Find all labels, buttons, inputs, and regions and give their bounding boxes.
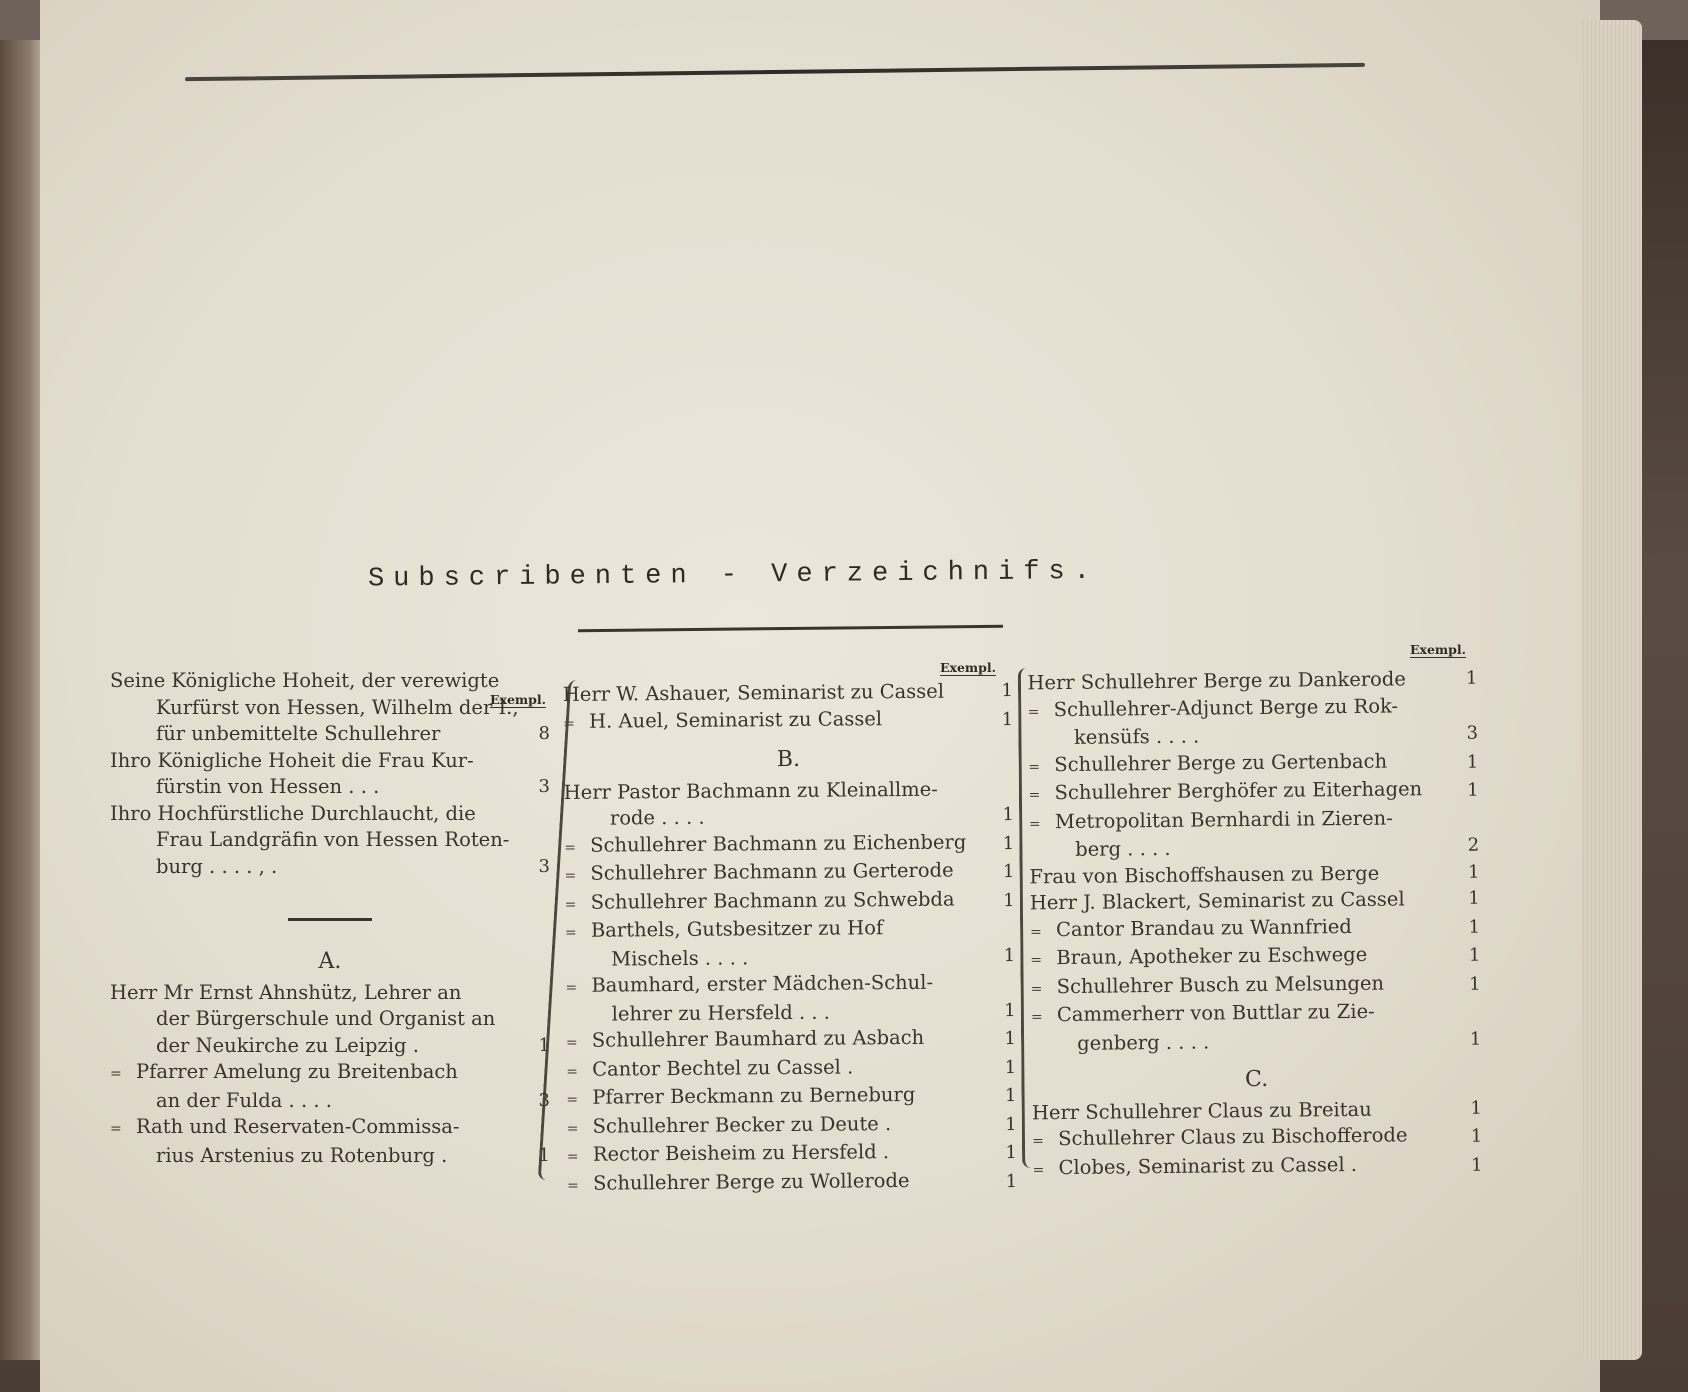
copy-count: 1 xyxy=(1454,914,1480,941)
ditto-mark: = xyxy=(1031,976,1057,1003)
subscriber-text: Kurfürst von Hessen, Wilhelm der I., xyxy=(156,696,519,719)
subscriber-text: fürstin von Hessen . . . xyxy=(156,775,379,798)
subscriber-text: Schullehrer-Adjunct Berge zu Rok- xyxy=(1054,694,1399,721)
subscriber-text: Rector Beisheim zu Hersfeld . xyxy=(593,1140,889,1166)
subscriber-text: Seine Königliche Hoheit, der verewigte xyxy=(110,669,499,692)
subscriber-text: Rath und Reservaten-Commissa- xyxy=(136,1115,460,1138)
subscriber-entry: =Schullehrer Becker zu Deute .1 xyxy=(567,1110,1017,1142)
subscriber-text: Ihro Hochfürstliche Durchlaucht, die xyxy=(110,802,476,825)
subscriber-entry: =Schullehrer-Adjunct Berge zu Rok-kensüf… xyxy=(1028,692,1479,752)
subscriber-text: Frau von Bischoffshausen zu Berge xyxy=(1029,861,1379,888)
ditto-mark: = xyxy=(1030,947,1056,974)
subscriber-text: rius Arstenius zu Rotenburg . xyxy=(156,1144,447,1167)
subscriber-text: Schullehrer Claus zu Bischofferode xyxy=(1058,1123,1407,1150)
copy-count: 1 xyxy=(1455,971,1481,998)
subscriber-entry: =Pfarrer Amelung zu Breitenbachan der Fu… xyxy=(110,1059,550,1114)
column-2: Herr W. Ashauer, Seminarist zu Cassel1=H… xyxy=(563,678,1017,1199)
ditto-mark: = xyxy=(1029,811,1055,838)
subscriber-entry: =Cammerherr von Buttlar zu Zie-genberg .… xyxy=(1031,998,1482,1058)
subscriber-text: kensüfs . . . . xyxy=(1074,725,1200,749)
subscriber-entry: Herr W. Ashauer, Seminarist zu Cassel1 xyxy=(563,678,1013,708)
ditto-mark: = xyxy=(565,975,591,1002)
copy-count: 1 xyxy=(988,831,1014,858)
subscriber-text: an der Fulda . . . . xyxy=(156,1089,332,1112)
subscriber-entry: =Schullehrer Baumhard zu Asbach1 xyxy=(566,1024,1016,1056)
copy-count: 3 xyxy=(1452,721,1478,748)
copy-count: 3 xyxy=(524,1088,550,1115)
subscriber-text: burg . . . . , . xyxy=(156,855,277,878)
copy-count: 1 xyxy=(990,998,1016,1025)
subscriber-entry: =Baumhard, erster Mädchen-Schul-lehrer z… xyxy=(565,969,1015,1028)
subscriber-entry: =Rector Beisheim zu Hersfeld .1 xyxy=(567,1138,1017,1170)
section-letter: B. xyxy=(563,745,1013,775)
subscriber-entry: =Pfarrer Beckmann zu Berneburg1 xyxy=(566,1081,1016,1113)
copy-count: 1 xyxy=(990,1026,1016,1053)
subscriber-text: Herr Mr Ernst Ahnshütz, Lehrer an xyxy=(110,981,461,1004)
copy-count: 1 xyxy=(1453,859,1479,886)
copy-count: 1 xyxy=(990,1083,1016,1110)
subscriber-text: Schullehrer Berge zu Gertenbach xyxy=(1054,749,1387,775)
ditto-mark: = xyxy=(567,1172,593,1199)
copy-count: 1 xyxy=(991,1169,1017,1196)
ditto-mark: = xyxy=(563,710,589,737)
copy-count: 1 xyxy=(1452,778,1478,805)
subscriber-text: Herr W. Ashauer, Seminarist zu Cassel xyxy=(563,680,944,706)
copy-count: 1 xyxy=(991,1112,1017,1139)
copy-count: 1 xyxy=(1454,886,1480,913)
ditto-mark: = xyxy=(1032,1128,1058,1155)
column-3: Herr Schullehrer Berge zu Dankerode1=Sch… xyxy=(1027,666,1482,1184)
ditto-mark: = xyxy=(110,1116,136,1143)
copy-count: 1 xyxy=(524,1033,550,1060)
section-letter: A. xyxy=(110,949,550,976)
subscriber-text: Schullehrer Becker zu Deute . xyxy=(593,1112,892,1138)
ditto-mark: = xyxy=(1028,754,1054,781)
subscriber-text: Pfarrer Beckmann zu Berneburg xyxy=(592,1083,915,1109)
copy-count: 1 xyxy=(990,1055,1016,1082)
copy-count: 1 xyxy=(987,678,1013,705)
subscriber-text: genberg . . . . xyxy=(1077,1030,1209,1054)
subscriber-text: Schullehrer Berge zu Wollerode xyxy=(593,1168,910,1194)
subscriber-text: Schullehrer Bachmann zu Eichenberg xyxy=(590,830,966,856)
copy-count: 1 xyxy=(987,707,1013,734)
ditto-mark: = xyxy=(1028,782,1054,809)
subscriber-text: Barthels, Gutsbesitzer zu Hof xyxy=(591,916,883,942)
copy-count: 1 xyxy=(524,1143,550,1170)
copy-count: 1 xyxy=(991,1140,1017,1167)
ditto-mark: = xyxy=(566,1058,592,1085)
subscriber-entry: Ihro Hochfürstliche Durchlaucht, dieFrau… xyxy=(110,801,550,881)
ditto-mark: = xyxy=(110,1061,136,1088)
subscriber-text: H. Auel, Seminarist zu Cassel xyxy=(589,707,882,733)
section-separator xyxy=(288,918,372,921)
ditto-mark: = xyxy=(565,891,591,918)
copy-count: 1 xyxy=(1454,943,1480,970)
subscriber-text: der Bürgerschule und Organist an xyxy=(156,1007,495,1030)
ditto-mark: = xyxy=(564,834,590,861)
ditto-mark: = xyxy=(567,1144,593,1171)
subscriber-text: Schullehrer Baumhard zu Asbach xyxy=(592,1026,924,1052)
copy-count: 1 xyxy=(988,802,1014,829)
subscriber-text: Herr Pastor Bachmann zu Kleinallme- xyxy=(564,777,938,803)
subscriber-entry: =Schullehrer Bachmann zu Eichenberg1 xyxy=(564,829,1014,861)
copy-count: 2 xyxy=(1453,833,1479,860)
section-letter: C. xyxy=(1032,1065,1482,1096)
subscriber-text: Pfarrer Amelung zu Breitenbach xyxy=(136,1060,458,1083)
ditto-mark: = xyxy=(566,1087,592,1114)
page-edges xyxy=(1582,20,1642,1360)
copy-count: 1 xyxy=(1452,749,1478,776)
subscriber-text: Schullehrer Bachmann zu Schwebda xyxy=(591,887,955,913)
copy-count: 8 xyxy=(524,721,550,748)
subscriber-text: der Neukirche zu Leipzig . xyxy=(156,1034,419,1057)
subscriber-entry: Ihro Königliche Hoheit die Frau Kur-fürs… xyxy=(110,748,550,801)
copy-count: 1 xyxy=(1456,1095,1482,1122)
subscriber-entry: Seine Königliche Hoheit, der verewigteKu… xyxy=(110,668,550,748)
subscriber-entry: =Barthels, Gutsbesitzer zu HofMischels .… xyxy=(565,914,1015,973)
ditto-mark: = xyxy=(1030,919,1056,946)
subscriber-text: Mischels . . . . xyxy=(611,946,748,970)
subscriber-text: Baumhard, erster Mädchen-Schul- xyxy=(591,971,933,997)
subscriber-text: Frau Landgräfin von Hessen Roten- xyxy=(156,828,509,851)
copy-count: 1 xyxy=(1451,666,1477,693)
subscriber-entry: =Schullehrer Bachmann zu Schwebda1 xyxy=(565,886,1015,918)
ditto-mark: = xyxy=(565,920,591,947)
subscriber-text: Metropolitan Bernhardi in Zieren- xyxy=(1055,806,1393,833)
copy-count: 1 xyxy=(989,943,1015,970)
copy-count: 1 xyxy=(1456,1152,1482,1179)
subscriber-entry: =H. Auel, Seminarist zu Cassel1 xyxy=(563,705,1013,737)
ditto-mark: = xyxy=(567,1115,593,1142)
subscriber-text: Cantor Brandau zu Wannfried xyxy=(1056,914,1352,940)
subscriber-entry: Herr Mr Ernst Ahnshütz, Lehrer ander Bür… xyxy=(110,980,550,1060)
subscriber-text: Cantor Bechtel zu Cassel . xyxy=(592,1055,853,1080)
copy-count: 3 xyxy=(524,854,550,881)
ditto-mark: = xyxy=(1032,1157,1058,1184)
subscriber-text: Herr Schullehrer Berge zu Dankerode xyxy=(1027,667,1406,694)
subscriber-entry: =Clobes, Seminarist zu Cassel .1 xyxy=(1032,1150,1482,1183)
subscriber-text: Ihro Königliche Hoheit die Frau Kur- xyxy=(110,749,474,772)
subscriber-text: Schullehrer Berghöfer zu Eiterhagen xyxy=(1054,777,1422,804)
column-header-exempl: Exempl. xyxy=(940,660,996,676)
subscriber-text: Herr Schullehrer Claus zu Breitau xyxy=(1032,1097,1372,1124)
subscriber-entry: =Metropolitan Bernhardi in Zieren-berg .… xyxy=(1029,804,1480,864)
copy-count: 1 xyxy=(1456,1124,1482,1151)
subscriber-text: Cammerherr von Buttlar zu Zie- xyxy=(1057,1000,1375,1026)
subscriber-text: berg . . . . xyxy=(1075,837,1171,861)
ditto-mark: = xyxy=(564,863,590,890)
column-header-exempl: Exempl. xyxy=(1410,642,1466,658)
subscriber-entry: =Schullehrer Bachmann zu Gerterode1 xyxy=(564,857,1014,889)
subscriber-text: lehrer zu Hersfeld . . . xyxy=(612,1000,830,1025)
column-1: Seine Königliche Hoheit, der verewigteKu… xyxy=(110,668,550,1169)
subscriber-text: Braun, Apotheker zu Eschwege xyxy=(1056,943,1367,969)
subscriber-text: Clobes, Seminarist zu Cassel . xyxy=(1058,1152,1357,1178)
ditto-mark: = xyxy=(1031,1004,1057,1031)
copy-count: 1 xyxy=(988,859,1014,886)
subscriber-entry: =Rath und Reservaten-Commissa-rius Arste… xyxy=(110,1114,550,1169)
subscriber-text: für unbemittelte Schullehrer xyxy=(156,722,440,745)
subscriber-text: Herr J. Blackert, Seminarist zu Cassel xyxy=(1030,887,1405,914)
subscriber-entry: =Cantor Bechtel zu Cassel .1 xyxy=(566,1053,1016,1085)
copy-count: 1 xyxy=(989,888,1015,915)
subscriber-entry: =Schullehrer Berge zu Wollerode1 xyxy=(567,1167,1017,1199)
copy-count: 3 xyxy=(524,774,550,801)
subscriber-text: Schullehrer Busch zu Melsungen xyxy=(1057,971,1385,997)
subscriber-text: rode . . . . xyxy=(610,806,705,830)
copy-count: 1 xyxy=(1455,1026,1481,1053)
ditto-mark: = xyxy=(1028,699,1054,726)
ditto-mark: = xyxy=(566,1030,592,1057)
subscriber-text: Schullehrer Bachmann zu Gerterode xyxy=(590,859,953,885)
subscriber-entry: Herr Pastor Bachmann zu Kleinallme-rode … xyxy=(564,776,1014,833)
